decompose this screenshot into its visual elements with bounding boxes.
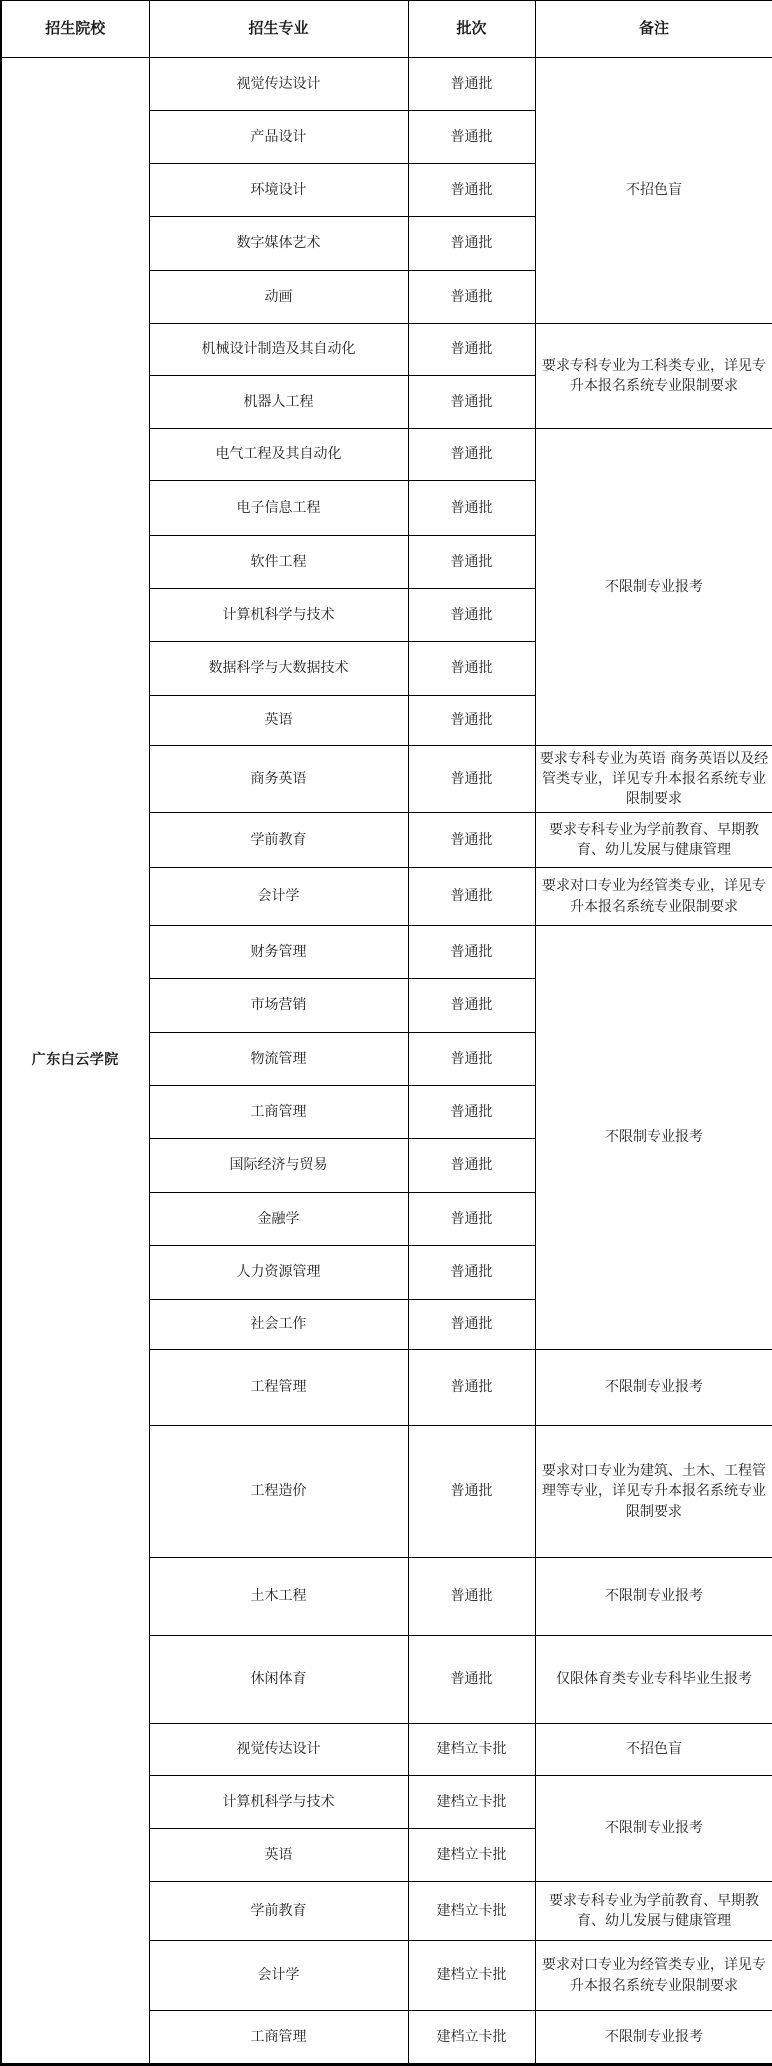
remark-cell: 不限制专业报考 [535,926,772,1350]
batch-cell: 普通批 [408,696,535,746]
major-cell: 视觉传达设计 [149,1724,408,1776]
major-cell: 软件工程 [149,536,408,589]
batch-cell: 建档立卡批 [408,1882,535,1941]
major-cell: 机器人工程 [149,376,408,429]
major-cell: 工程管理 [149,1350,408,1426]
header-major: 招生专业 [149,1,408,58]
header-college: 招生院校 [1,1,149,58]
remark-cell: 不限制专业报考 [535,429,772,746]
batch-cell: 普通批 [408,324,535,376]
major-cell: 电气工程及其自动化 [149,429,408,481]
major-cell: 数字媒体艺术 [149,217,408,271]
batch-cell: 普通批 [408,271,535,324]
major-cell: 工商管理 [149,1086,408,1139]
batch-cell: 普通批 [408,1426,535,1558]
major-cell: 社会工作 [149,1300,408,1350]
batch-cell: 普通批 [408,481,535,536]
major-cell: 计算机科学与技术 [149,589,408,642]
batch-cell: 普通批 [408,979,535,1033]
major-cell: 金融学 [149,1193,408,1246]
major-cell: 英语 [149,696,408,746]
table-row: 广东白云学院视觉传达设计普通批不招色盲 [1,58,772,111]
batch-cell: 普通批 [408,1033,535,1086]
remark-cell: 要求专科专业为学前教育、早期教育、幼儿发展与健康管理 [535,1882,772,1941]
batch-cell: 建档立卡批 [408,1941,535,2011]
batch-cell: 普通批 [408,868,535,926]
batch-cell: 建档立卡批 [408,1776,535,1829]
remark-cell: 不限制专业报考 [535,1558,772,1636]
batch-cell: 普通批 [408,164,535,217]
batch-cell: 普通批 [408,536,535,589]
remark-cell: 要求对口专业为经管类专业，详见专升本报名系统专业限制要求 [535,868,772,926]
table-header-row: 招生院校 招生专业 批次 备注 [1,1,772,58]
table-body: 广东白云学院视觉传达设计普通批不招色盲产品设计普通批环境设计普通批数字媒体艺术普… [1,58,772,2065]
major-cell: 财务管理 [149,926,408,979]
batch-cell: 普通批 [408,1558,535,1636]
major-cell: 英语 [149,1829,408,1882]
major-cell: 会计学 [149,868,408,926]
major-cell: 产品设计 [149,111,408,164]
batch-cell: 建档立卡批 [408,1724,535,1776]
header-remark: 备注 [535,1,772,58]
major-cell: 学前教育 [149,813,408,868]
batch-cell: 普通批 [408,1139,535,1193]
batch-cell: 普通批 [408,926,535,979]
remark-cell: 要求专科专业为英语 商务英语以及经管类专业，详见专升本报名系统专业限制要求 [535,746,772,813]
major-cell: 环境设计 [149,164,408,217]
admissions-table: 招生院校 招生专业 批次 备注 广东白云学院视觉传达设计普通批不招色盲产品设计普… [0,0,772,2066]
major-cell: 机械设计制造及其自动化 [149,324,408,376]
major-cell: 动画 [149,271,408,324]
batch-cell: 普通批 [408,642,535,696]
batch-cell: 普通批 [408,1636,535,1724]
major-cell: 土木工程 [149,1558,408,1636]
batch-cell: 普通批 [408,1086,535,1139]
batch-cell: 普通批 [408,111,535,164]
batch-cell: 普通批 [408,1300,535,1350]
major-cell: 休闲体育 [149,1636,408,1724]
remark-cell: 不招色盲 [535,58,772,324]
batch-cell: 普通批 [408,58,535,111]
major-cell: 物流管理 [149,1033,408,1086]
batch-cell: 普通批 [408,429,535,481]
remark-cell: 仅限体育类专业专科毕业生报考 [535,1636,772,1724]
major-cell: 人力资源管理 [149,1246,408,1300]
major-cell: 视觉传达设计 [149,58,408,111]
remark-cell: 不限制专业报考 [535,2011,772,2065]
remark-cell: 不限制专业报考 [535,1776,772,1882]
batch-cell: 普通批 [408,1350,535,1426]
batch-cell: 普通批 [408,376,535,429]
batch-cell: 普通批 [408,746,535,813]
college-cell: 广东白云学院 [1,58,149,2065]
batch-cell: 普通批 [408,1193,535,1246]
major-cell: 商务英语 [149,746,408,813]
major-cell: 数据科学与大数据技术 [149,642,408,696]
batch-cell: 普通批 [408,1246,535,1300]
major-cell: 工商管理 [149,2011,408,2065]
batch-cell: 建档立卡批 [408,2011,535,2065]
batch-cell: 普通批 [408,217,535,271]
major-cell: 工程造价 [149,1426,408,1558]
major-cell: 电子信息工程 [149,481,408,536]
remark-cell: 要求专科专业为学前教育、早期教育、幼儿发展与健康管理 [535,813,772,868]
batch-cell: 建档立卡批 [408,1829,535,1882]
batch-cell: 普通批 [408,813,535,868]
major-cell: 国际经济与贸易 [149,1139,408,1193]
header-batch: 批次 [408,1,535,58]
remark-cell: 要求专科专业为工科类专业，详见专升本报名系统专业限制要求 [535,324,772,429]
remark-cell: 不限制专业报考 [535,1350,772,1426]
major-cell: 会计学 [149,1941,408,2011]
major-cell: 计算机科学与技术 [149,1776,408,1829]
remark-cell: 要求对口专业为建筑、土木、工程管理等专业，详见专升本报名系统专业限制要求 [535,1426,772,1558]
remark-cell: 不招色盲 [535,1724,772,1776]
major-cell: 学前教育 [149,1882,408,1941]
remark-cell: 要求对口专业为经管类专业，详见专升本报名系统专业限制要求 [535,1941,772,2011]
major-cell: 市场营销 [149,979,408,1033]
batch-cell: 普通批 [408,589,535,642]
